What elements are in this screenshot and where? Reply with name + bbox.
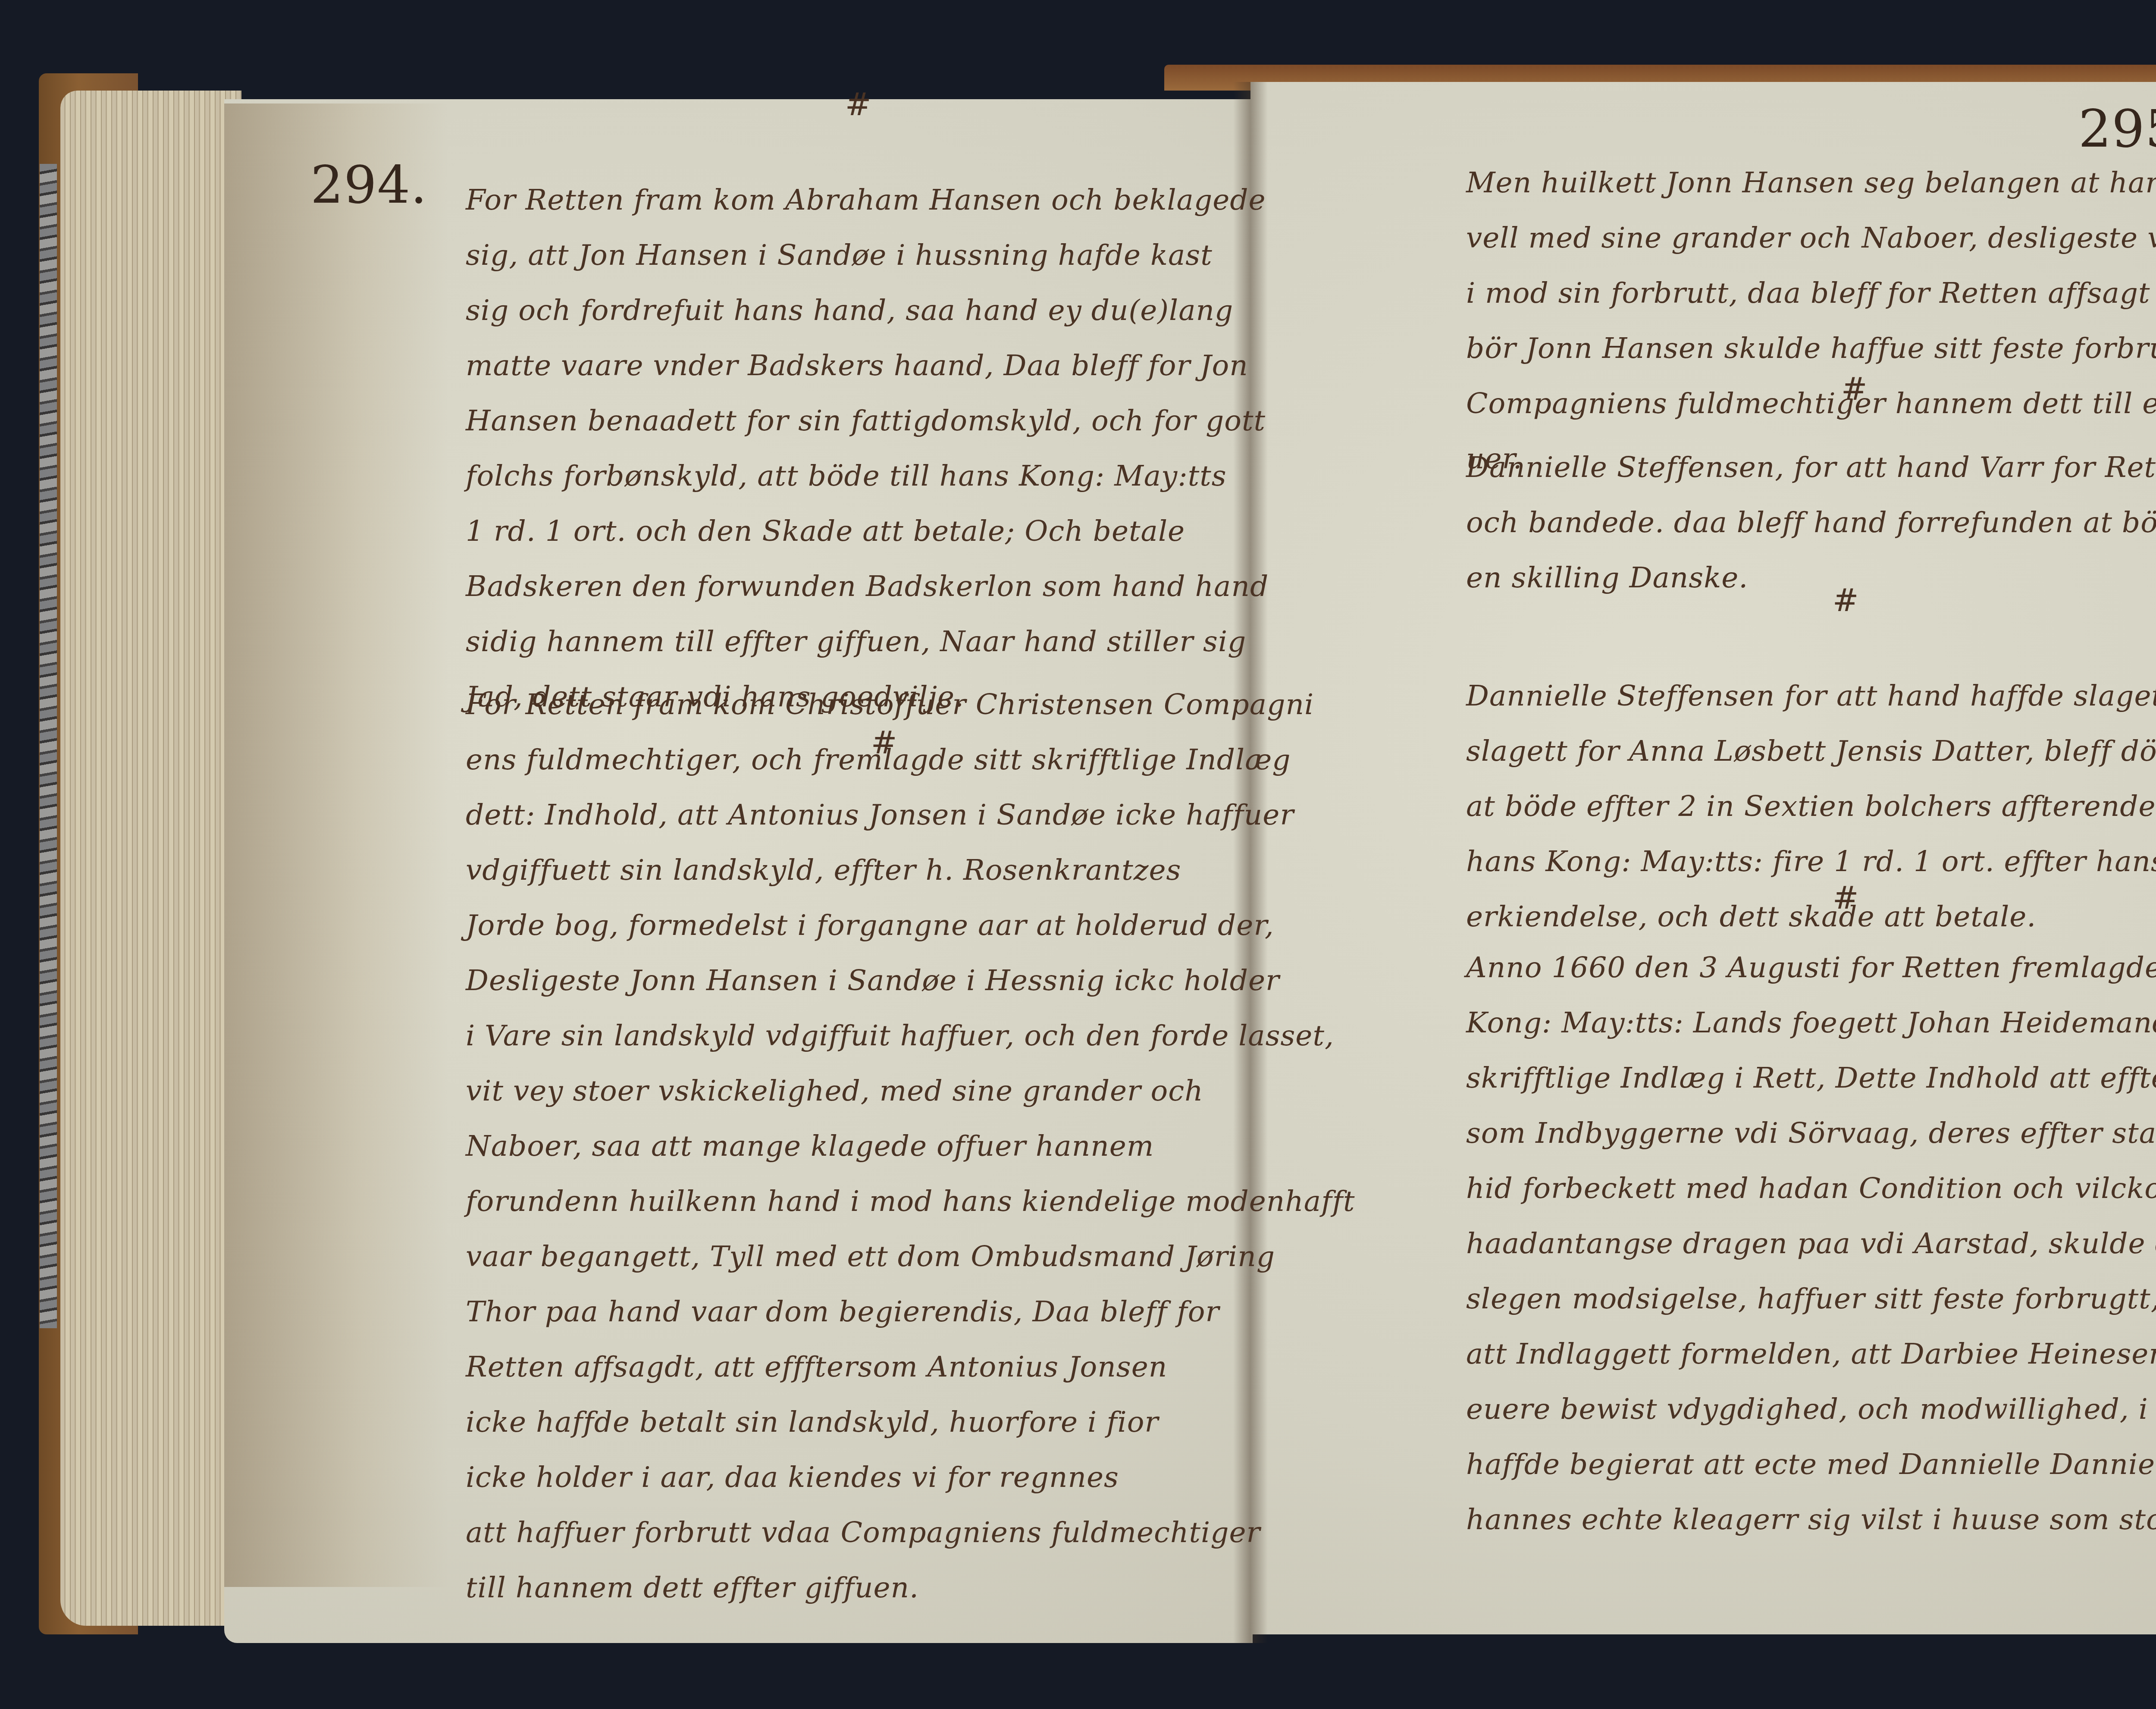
- text-line: Men huilkett Jonn Hansen seg belangen at…: [1466, 155, 2156, 210]
- text-line: en skilling Danske.: [1466, 550, 2156, 605]
- text-line: erkiendelse, och dett skade att betale.: [1466, 889, 2156, 944]
- text-line: Dannielle Steffensen, for att hand Varr …: [1466, 440, 2156, 495]
- right-paragraph-2: Dannielle Steffensen, for att hand Varr …: [1466, 440, 2156, 605]
- right-paragraph-1: Men huilkett Jonn Hansen seg belangen at…: [1466, 155, 2156, 486]
- text-line: at böde effter 2 in Sextien bolchers aff…: [1466, 779, 2156, 834]
- text-line: Compagniens fuldmechtiger hannem dett ti…: [1466, 376, 2156, 431]
- text-line: haffde begierat att ecte med Dannielle D…: [1466, 1437, 2156, 1492]
- text-line: Retten affsagdt, att effftersom Antonius…: [466, 1339, 1355, 1395]
- section-marker: #: [1833, 582, 1859, 618]
- text-line: For Retten fram kom Christoffuer Christe…: [466, 677, 1355, 732]
- text-line: icke haffde betalt sin landskyld, huorfo…: [466, 1395, 1355, 1450]
- text-line: och bandede. daa bleff hand forrefunden …: [1466, 495, 2156, 550]
- text-line: till hannem dett effter giffuen.: [466, 1560, 1355, 1615]
- text-line: Naboer, saa att mange klagede offuer han…: [466, 1119, 1355, 1174]
- text-line: Hansen benaadett for sin fattigdomskyld,…: [466, 393, 1269, 448]
- page-number-left: 294.: [310, 155, 427, 215]
- text-line: Badskeren den forwunden Badskerlon som h…: [466, 559, 1269, 614]
- text-line: icke holder i aar, daa kiendes vi for re…: [466, 1450, 1355, 1505]
- left-paragraph-1: For Retten fram kom Abraham Hansen och b…: [466, 172, 1269, 724]
- text-line: att haffuer forbrutt vdaa Compagniens fu…: [466, 1505, 1355, 1560]
- text-line: i mod sin forbrutt, daa bleff for Retten…: [1466, 266, 2156, 321]
- text-line: sidig hannem till effter giffuen, Naar h…: [466, 614, 1269, 669]
- section-marker: #: [1841, 371, 1868, 407]
- text-line: matte vaare vnder Badskers haand, Daa bl…: [466, 338, 1269, 393]
- text-line: Desligeste Jonn Hansen i Sandøe i Hessni…: [466, 953, 1355, 1008]
- text-line: vdgiffuett sin landskyld, effter h. Rose…: [466, 843, 1355, 898]
- left-page-water-stain: [224, 103, 448, 1587]
- text-line: euere bewist vdygdighed, och modwillighe…: [1466, 1382, 2156, 1437]
- right-paragraph-3: Dannielle Steffensen for att hand haffde…: [1466, 668, 2156, 944]
- left-paragraph-2: For Retten fram kom Christoffuer Christe…: [466, 677, 1355, 1615]
- section-marker: #: [1833, 880, 1859, 916]
- text-line: vaar begangett, Tyll med ett dom Ombudsm…: [466, 1229, 1355, 1284]
- text-line: hans Kong: May:tts: fire 1 rd. 1 ort. ef…: [1466, 834, 2156, 889]
- left-marbled-board: [40, 164, 57, 1328]
- text-line: folchs forbønskyld, att böde till hans K…: [466, 448, 1269, 504]
- text-line: skrifftlige Indlæg i Rett, Dette Indhold…: [1466, 1050, 2156, 1106]
- text-line: sig och fordrefuit hans hand, saa hand e…: [466, 283, 1269, 338]
- text-line: Anno 1660 den 3 Augusti for Retten freml…: [1466, 940, 2156, 995]
- text-line: forundenn huilkenn hand i mod hans kiend…: [466, 1174, 1355, 1229]
- text-line: ens fuldmechtiger, och fremlagde sitt sk…: [466, 732, 1355, 787]
- text-line: haadantangse dragen paa vdi Aarstad, sku…: [1466, 1216, 2156, 1271]
- text-line: att Indlaggett formelden, att Darbiee He…: [1466, 1326, 2156, 1382]
- text-line: vell med sine grander och Naboer, deslig…: [1466, 210, 2156, 266]
- text-line: sig, att Jon Hansen i Sandøe i hussning …: [466, 228, 1269, 283]
- right-paragraph-4: Anno 1660 den 3 Augusti for Retten freml…: [1466, 940, 2156, 1547]
- text-line: Kong: May:tts: Lands foegett Johan Heide…: [1466, 995, 2156, 1050]
- open-manuscript-book: # 294. For Retten fram kom Abraham Hanse…: [0, 0, 2156, 1709]
- text-line: 1 rd. 1 ort. och den Skade att betale; O…: [466, 504, 1269, 559]
- text-line: For Retten fram kom Abraham Hansen och b…: [466, 172, 1269, 228]
- text-line: Jorde bog, formedelst i forgangne aar at…: [466, 898, 1355, 953]
- text-line: hannes echte kleagerr sig vilst i huuse …: [1466, 1492, 2156, 1547]
- text-line: Thor paa hand vaar dom begierendis, Daa …: [466, 1284, 1355, 1339]
- text-line: som Indbyggerne vdi Sörvaag, deres effte…: [1466, 1106, 2156, 1161]
- text-line: slagett for Anna Løsbett Jensis Datter, …: [1466, 724, 2156, 779]
- text-line: Dannielle Steffensen for att hand haffde…: [1466, 668, 2156, 724]
- text-line: dett: Indhold, att Antonius Jonsen i San…: [466, 787, 1355, 843]
- text-line: i Vare sin landskyld vdgiffuit haffuer, …: [466, 1008, 1355, 1063]
- left-page-stack-edge: [60, 91, 241, 1626]
- text-line: slegen modsigelse, haffuer sitt feste fo…: [1466, 1271, 2156, 1326]
- text-line: hid forbeckett med hadan Condition och v…: [1466, 1161, 2156, 1216]
- text-line: bör Jonn Hansen skulde haffue sitt feste…: [1466, 321, 2156, 376]
- page-number-right: 295.: [2078, 99, 2156, 159]
- top-section-marker: #: [845, 86, 871, 122]
- text-line: vit vey stoer vskickelighed, med sine gr…: [466, 1063, 1355, 1119]
